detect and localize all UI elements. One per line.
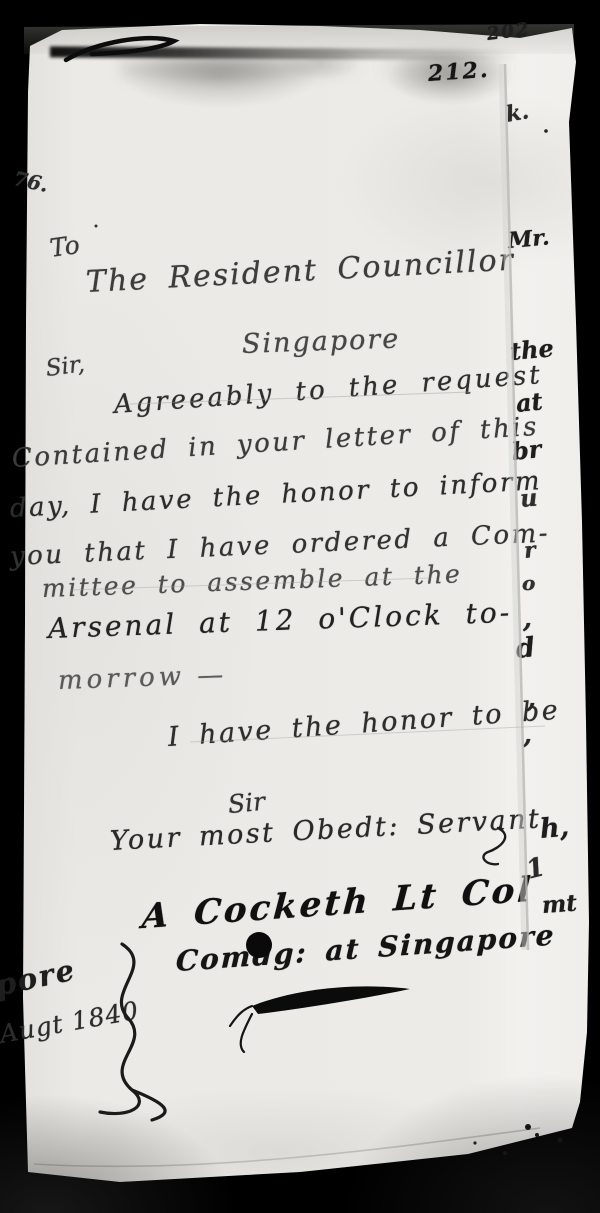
letter-salutation: Sir, — [45, 353, 86, 381]
edge-fragment: k. — [504, 100, 530, 126]
ink-speck — [503, 1151, 507, 1155]
edge-fragment: d — [515, 634, 537, 663]
edge-fragment: u — [519, 486, 538, 511]
edge-fragment: at — [515, 389, 544, 416]
edge-fragment: , — [523, 722, 532, 748]
edge-fragment: Mr. — [507, 226, 550, 252]
closing-line: Sir — [227, 789, 266, 817]
letter-place: Singapore — [242, 325, 401, 358]
letter-to: To — [48, 232, 81, 261]
edge-fragment: , — [527, 686, 536, 712]
edge-fragment: br — [511, 437, 543, 464]
ink-speck — [558, 1138, 563, 1143]
edge-fragment: the — [509, 336, 555, 364]
edge-fragment: r — [523, 539, 536, 562]
edge-fragment: o — [522, 573, 535, 593]
edge-fragment: , — [523, 606, 532, 632]
edge-fragment: h, — [539, 814, 570, 843]
folio-number-main: 212. — [427, 59, 490, 85]
edge-fragment: mt — [541, 892, 577, 917]
body-line: morrow — — [58, 662, 228, 694]
scanned-letter-page: 202 212. 76. To The Resident Councillor … — [0, 0, 600, 1213]
folio-number-top: 202 — [486, 21, 531, 44]
left-margin-fragment: 76. — [12, 168, 50, 195]
